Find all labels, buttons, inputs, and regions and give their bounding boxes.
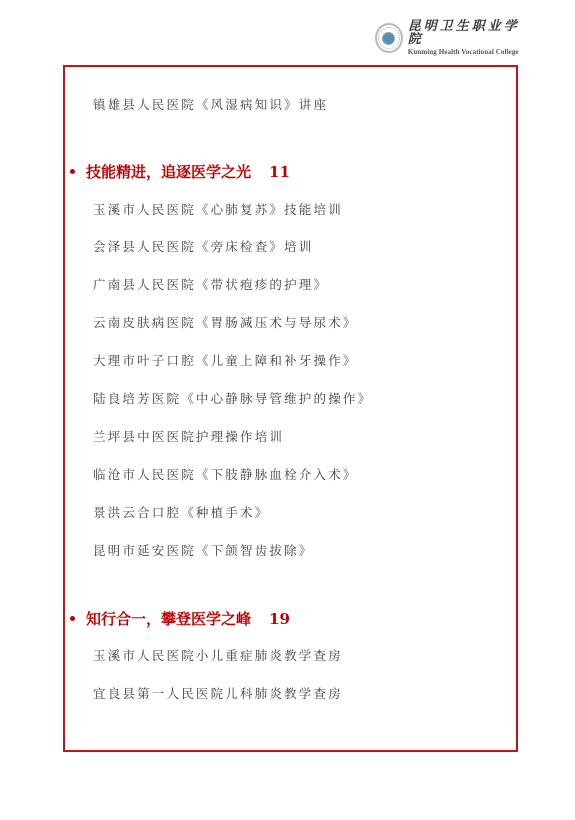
section-heading-skills: 技能精进，追逐医学之光 11 (70, 163, 290, 181)
bullet-icon (70, 169, 75, 174)
list-item: 玉溪市人民医院小儿重症肺炎教学查房 (93, 649, 343, 663)
section-title: 知行合一，攀登医学之峰 (86, 610, 251, 628)
list-item: 临沧市人民医院《下肢静脉血栓介入术》 (93, 468, 358, 482)
college-name-en: Kunming Health Vocational College (408, 49, 525, 56)
section-count: 19 (269, 610, 290, 628)
section-heading-practice: 知行合一，攀登医学之峰 19 (70, 610, 290, 628)
bullet-icon (70, 616, 75, 621)
list-item: 会泽县人民医院《旁床检查》培训 (93, 240, 314, 254)
list-item: 昆明市延安医院《下颌智齿拔除》 (93, 544, 314, 558)
logo-text: 昆明卫生职业学院 Kunming Health Vocational Colle… (408, 20, 525, 56)
list-item: 大理市叶子口腔《儿童上障和补牙操作》 (93, 354, 358, 368)
list-item: 景洪云合口腔《种植手术》 (93, 506, 269, 520)
list-item: 兰坪县中医医院护理操作培训 (93, 430, 284, 444)
section-title: 技能精进，追逐医学之光 (86, 163, 251, 181)
emblem-center (382, 32, 395, 45)
college-name-cn: 昆明卫生职业学院 (408, 20, 525, 46)
list-item: 陆良培芳医院《中心静脉导管维护的操作》 (93, 392, 372, 406)
list-item: 广南县人民医院《带状疱疹的护理》 (93, 278, 328, 292)
list-item: 玉溪市人民医院《心肺复苏》技能培训 (93, 203, 343, 217)
list-item: 镇雄县人民医院《风湿病知识》讲座 (93, 98, 328, 112)
list-item: 云南皮肤病医院《胃肠减压术与导尿术》 (93, 316, 358, 330)
college-emblem-icon (375, 23, 403, 53)
section-count: 11 (269, 163, 290, 181)
list-item: 宜良县第一人民医院儿科肺炎教学查房 (93, 687, 343, 701)
college-logo: 昆明卫生职业学院 Kunming Health Vocational Colle… (375, 20, 525, 56)
